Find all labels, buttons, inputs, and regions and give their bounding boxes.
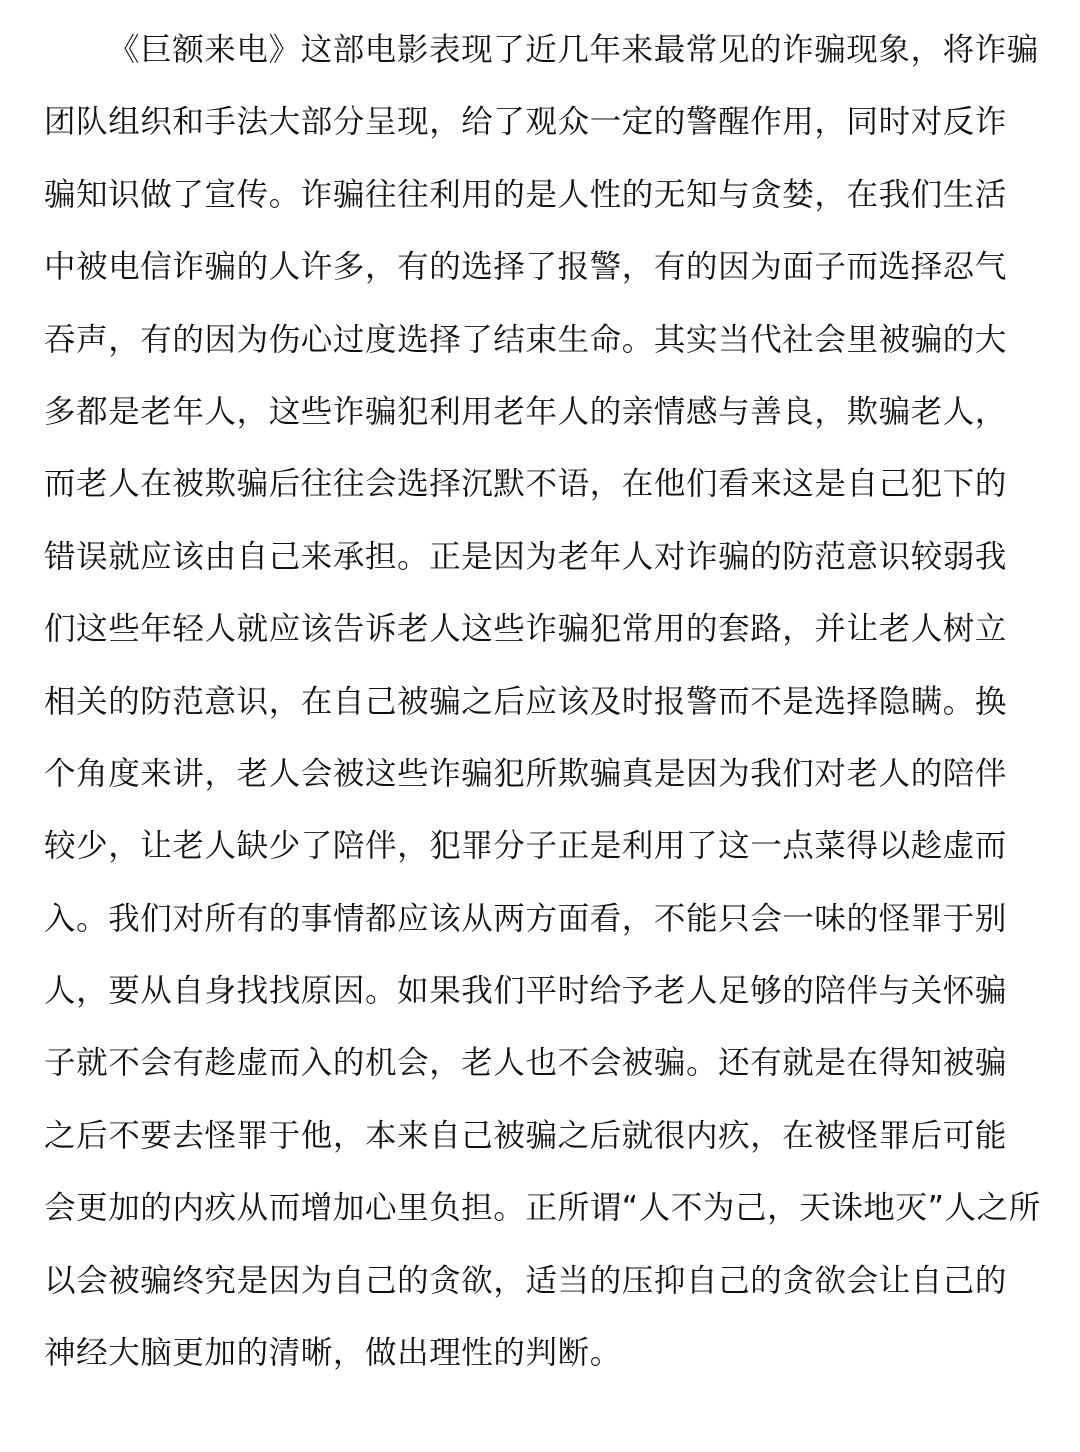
text-line: 骗知识做了宣传。诈骗往往利用的是人性的无知与贪婪，在我们生活 (44, 159, 1044, 231)
text-line: 中被电信诈骗的人许多，有的选择了报警，有的因为面子而选择忍气 (44, 231, 1044, 303)
text-line: 以会被骗终究是因为自己的贪欲，适当的压抑自己的贪欲会让自己的 (44, 1245, 1044, 1317)
text-line: 个角度来讲，老人会被这些诈骗犯所欺骗真是因为我们对老人的陪伴 (44, 738, 1044, 810)
text-line: 人，要从自身找找原因。如果我们平时给予老人足够的陪伴与关怀骗 (44, 955, 1044, 1027)
text-line: 之后不要去怪罪于他，本来自己被骗之后就很内疚，在被怪罪后可能 (44, 1100, 1044, 1172)
text-line: 相关的防范意识，在自己被骗之后应该及时报警而不是选择隐瞒。换 (44, 666, 1044, 738)
text-line: 团队组织和手法大部分呈现，给了观众一定的警醒作用，同时对反诈 (44, 86, 1044, 158)
text-line: 神经大脑更加的清晰，做出理性的判断。 (44, 1317, 1044, 1389)
text-line: 们这些年轻人就应该告诉老人这些诈骗犯常用的套路，并让老人树立 (44, 593, 1044, 665)
text-line: 《巨额来电》这部电影表现了近几年来最常见的诈骗现象，将诈骗 (44, 14, 1044, 86)
document-paragraph: 《巨额来电》这部电影表现了近几年来最常见的诈骗现象，将诈骗 团队组织和手法大部分… (44, 14, 1044, 1389)
text-line: 错误就应该由自己来承担。正是因为老年人对诈骗的防范意识较弱我 (44, 521, 1044, 593)
text-line: 而老人在被欺骗后往往会选择沉默不语，在他们看来这是自己犯下的 (44, 448, 1044, 520)
text-line: 会更加的内疚从而增加心里负担。正所谓“人不为己，天诛地灭”人之所 (44, 1172, 1044, 1244)
text-line: 入。我们对所有的事情都应该从两方面看，不能只会一味的怪罪于别 (44, 883, 1044, 955)
text-line: 子就不会有趁虚而入的机会，老人也不会被骗。还有就是在得知被骗 (44, 1027, 1044, 1099)
text-line: 较少，让老人缺少了陪伴，犯罪分子正是利用了这一点菜得以趁虚而 (44, 810, 1044, 882)
text-line: 多都是老年人，这些诈骗犯利用老年人的亲情感与善良，欺骗老人， (44, 376, 1044, 448)
text-line: 吞声，有的因为伤心过度选择了结束生命。其实当代社会里被骗的大 (44, 304, 1044, 376)
